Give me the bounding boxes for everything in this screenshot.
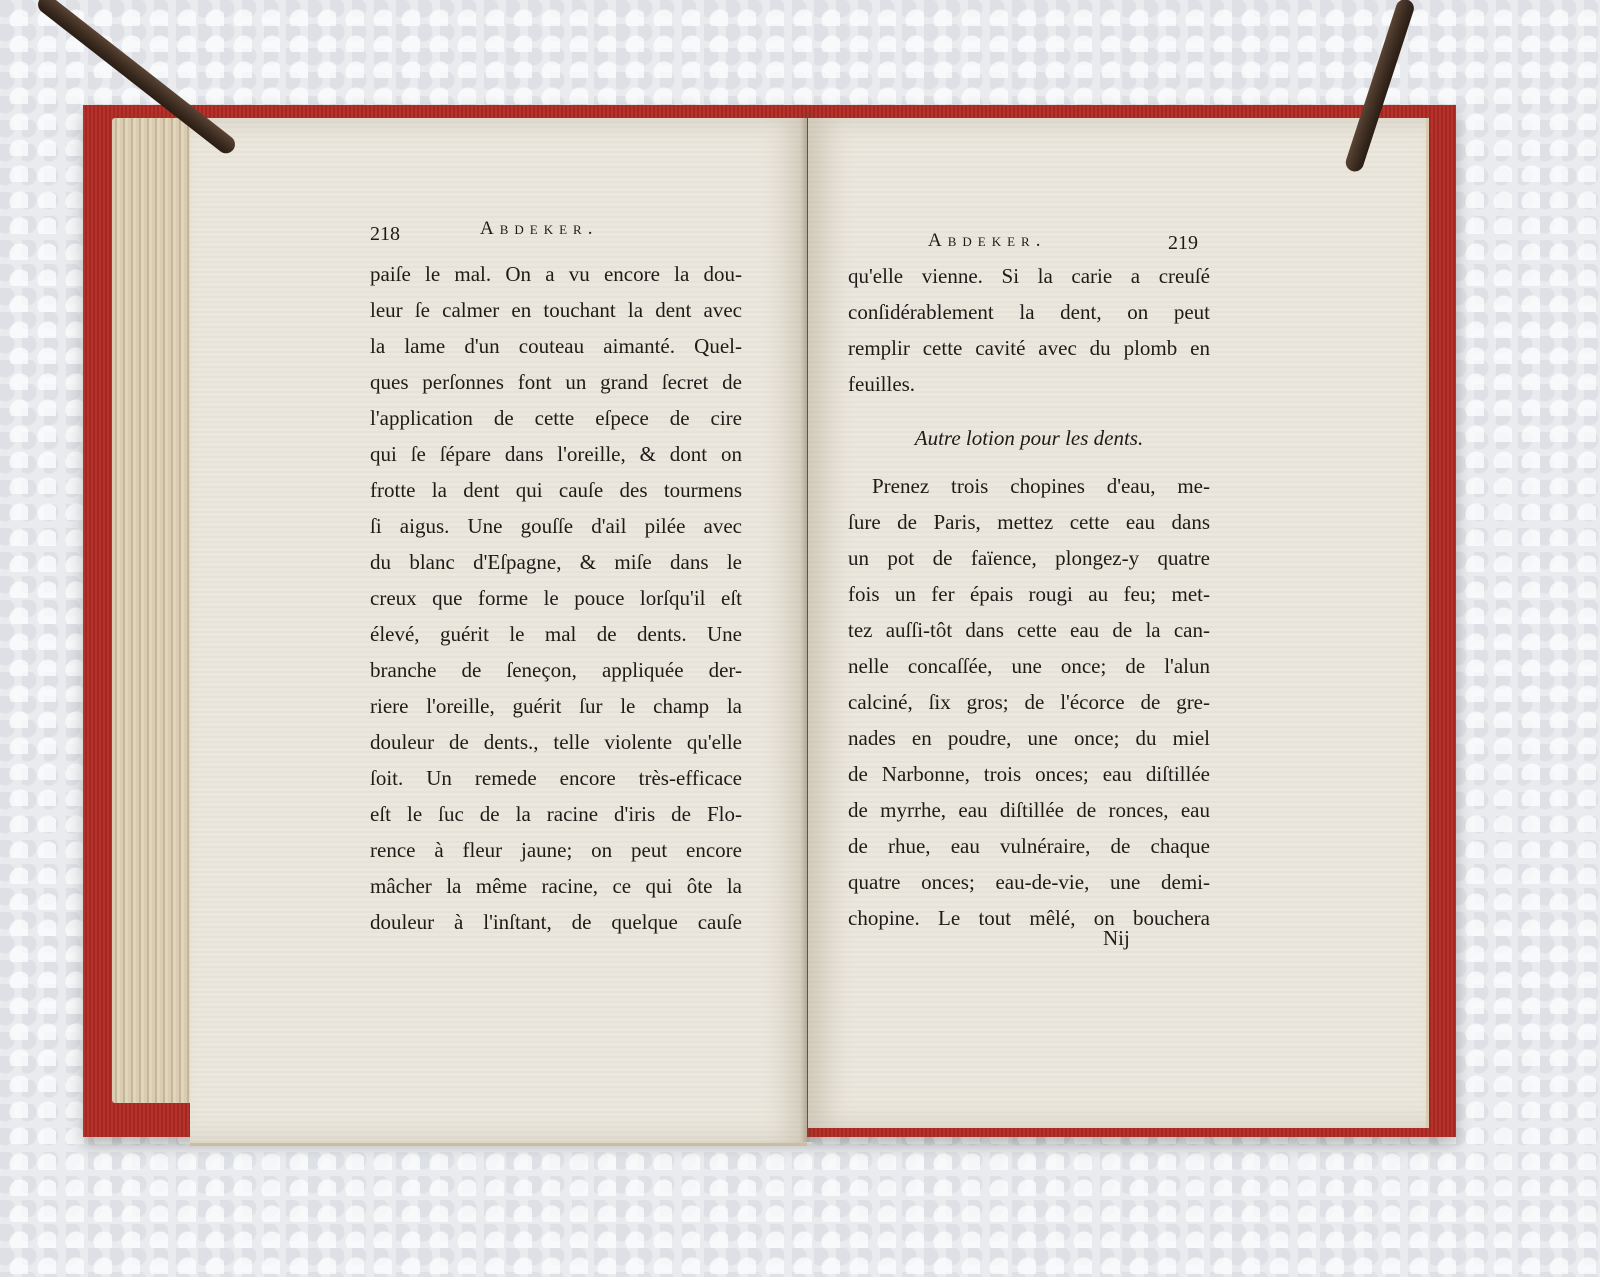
right-page-body: qu'elle vienne. Si la carie a creuſéconſ… <box>848 258 1210 936</box>
text-line: de rhue, eau vulnéraire, de chaque <box>848 828 1210 864</box>
right-page: Abdeker. 219 qu'elle vienne. Si la carie… <box>808 118 1429 1128</box>
text-line: du blanc d'Eſpagne, & miſe dans le <box>370 544 742 580</box>
running-head-left: Abdeker. <box>480 218 598 240</box>
text-line: leur ſe calmer en touchant la dent avec <box>370 292 742 328</box>
text-line: douleur de dents., telle violente qu'ell… <box>370 724 742 760</box>
text-line: nelle concaſſée, une once; de l'alun <box>848 648 1210 684</box>
text-line: rence à fleur jaune; on peut encore <box>370 832 742 868</box>
page-number-left: 218 <box>370 223 400 246</box>
text-line: de Narbonne, trois onces; eau diſtillée <box>848 756 1210 792</box>
text-line: ques perſonnes font un grand ſecret de <box>370 364 742 400</box>
signature-mark: Nij <box>1103 926 1130 951</box>
text-line: remplir cette cavité avec du plomb en <box>848 330 1210 366</box>
text-line: qui ſe ſépare dans l'oreille, & dont on <box>370 436 742 472</box>
text-line: paiſe le mal. On a vu encore la dou- <box>370 256 742 292</box>
text-line: chopine. Le tout mêlé, on bouchera <box>848 900 1210 936</box>
text-line: un pot de faïence, plongez-y quatre <box>848 540 1210 576</box>
text-line: creux que forme le pouce lorſqu'il eſt <box>370 580 742 616</box>
section-heading: Autre lotion pour les dents. <box>848 420 1210 456</box>
text-line: l'application de cette eſpece de cire <box>370 400 742 436</box>
text-line: qu'elle vienne. Si la carie a creuſé <box>848 258 1210 294</box>
text-line: de myrrhe, eau diſtillée de ronces, eau <box>848 792 1210 828</box>
text-line: calciné, ſix gros; de l'écorce de gre- <box>848 684 1210 720</box>
text-line: mâcher la même racine, ce qui ôte la <box>370 868 742 904</box>
text-line: feuilles. <box>848 366 1210 402</box>
text-line: nades en poudre, une once; du miel <box>848 720 1210 756</box>
text-line: Prenez trois chopines d'eau, me- <box>848 468 1210 504</box>
text-line: ſoit. Un remede encore très-efficace <box>370 760 742 796</box>
text-line: douleur à l'inſtant, de quelque cauſe <box>370 904 742 940</box>
page-number-right: 219 <box>1168 232 1198 255</box>
text-line: tez auſſi-tôt dans cette eau de la can- <box>848 612 1210 648</box>
text-line: la lame d'un couteau aimanté. Quel- <box>370 328 742 364</box>
photo-scene: 218 Abdeker. paiſe le mal. On a vu encor… <box>0 0 1600 1277</box>
text-line: conſidérablement la dent, on peut <box>848 294 1210 330</box>
text-line: eſt le ſuc de la racine d'iris de Flo- <box>370 796 742 832</box>
text-line: ſure de Paris, mettez cette eau dans <box>848 504 1210 540</box>
running-head-right: Abdeker. <box>928 230 1046 252</box>
page-edges <box>112 118 197 1103</box>
text-line: frotte la dent qui cauſe des tourmens <box>370 472 742 508</box>
text-line: quatre onces; eau-de-vie, une demi- <box>848 864 1210 900</box>
text-line: fois un fer épais rougi au feu; met- <box>848 576 1210 612</box>
left-page: 218 Abdeker. paiſe le mal. On a vu encor… <box>190 118 807 1146</box>
text-line: riere l'oreille, guérit ſur le champ la <box>370 688 742 724</box>
left-page-body: paiſe le mal. On a vu encore la dou-leur… <box>370 256 742 940</box>
text-line: élevé, guérit le mal de dents. Une <box>370 616 742 652</box>
text-line: ſi aigus. Une gouſſe d'ail pilée avec <box>370 508 742 544</box>
text-line: branche de ſeneçon, appliquée der- <box>370 652 742 688</box>
